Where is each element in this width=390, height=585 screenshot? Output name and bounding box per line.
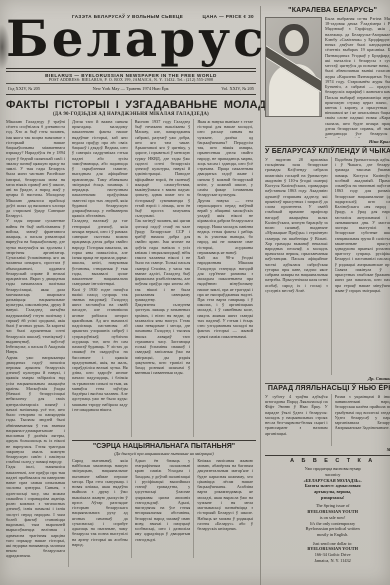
announcement-line: рэпартажы! [265, 495, 390, 501]
serca-column-2: Адказ ён бачыць у геаграфічным палажэньн… [131, 458, 194, 558]
parad-columns: У суботу 4 траўня адбыўся штогадовы Пара… [265, 394, 390, 446]
section-serca: "СЭРЦА НАЦЫЯНАЛЬНАГА ПЫТАНЬНЯ" (Да дыску… [72, 440, 256, 558]
masthead-rule-top [6, 68, 256, 72]
kliuland-byline: Др. Станкевіч [265, 375, 390, 382]
main-article-column-2: Дзеля таго й важна сяньня прыгадаць мала… [72, 119, 131, 437]
left-zone: ГАЗЭТА БЕЛАРУСАЎ У ВОЛЬНЫМ СЬВЕЦЕ ЦАНА —… [6, 6, 256, 585]
newspaper-logo: Беларус [6, 13, 256, 66]
right-zone-divider-2 [265, 383, 390, 384]
masthead-address-line: POST ADDRESS: BIELARUS, P. O. BOX 199, J… [6, 78, 256, 82]
article-text: Дзеля таго й важна сяньня прыгадаць мала… [72, 119, 128, 437]
parad-headline: ПАРАД ЛЯЯЛЬНАСЬЦІ Ў НЬЮ ЁРКУ [265, 385, 390, 392]
section-parad: ПАРАД ЛЯЯЛЬНАСЬЦІ Ў НЬЮ ЁРКУ У суботу 4 … [265, 385, 390, 453]
kliuland-column-1: У нядзелю 28 красавіка гасьцінная заля б… [265, 157, 331, 375]
beauty-queen-photo [265, 17, 322, 117]
serca-column-1: Сярод пытаньняў, якія найбольш хвалююць … [72, 458, 131, 558]
karaleva-body: Была выбраная сп-ня Рэгіна Мядзюк, 18-га… [265, 16, 390, 138]
parad-column-2: Разам з украінцамі й іншымі паняволенымі… [331, 394, 390, 446]
announcement-line: Jamaica, N. Y. 11432 [265, 558, 390, 564]
main-article-columns-2-4: Дзеля таго й важна сяньня прыгадаць мала… [72, 119, 256, 437]
announcement-line: mostly in English. [265, 532, 390, 538]
article-text: Падобная ўрачыстасьць адбылася і ў Чыкаг… [335, 157, 390, 375]
article-text: Мікалаю Галадзеду ў траўні сёлета споўні… [6, 119, 65, 567]
serca-column-3: Кніжка напісаная жывою моваю, абапёртая … [193, 458, 256, 558]
article-text: Якая ж навука вынікае з гэтае гісторыі д… [197, 119, 253, 437]
article-text: У нядзелю 28 красавіка гасьцінная заля б… [265, 157, 328, 375]
article-text: Вясною 1937 году Галадзед быў нечакана в… [135, 119, 191, 437]
kliuland-columns: У нядзелю 28 красавіка гасьцінная заля б… [265, 157, 390, 375]
parad-byline: М. В. [265, 446, 390, 453]
announcement-box: А Б В Е С Т К А Ужо прадаецца вясновы ну… [265, 455, 390, 564]
main-headline: ФАКТЫ ГІСТОРЫІ І УЗГАДАВАНЬНЕ МОЛАДЗІ [6, 99, 256, 111]
main-article-column-3: Вясною 1937 году Галадзед быў нечакана в… [131, 119, 194, 437]
article-text: Была выбраная сп-ня Рэгіна Мядзюк, 18-га… [325, 16, 390, 138]
masthead-topline: ГАЗЭТА БЕЛАРУСАЎ У ВОЛЬНЫМ СЬВЕЦЕ ЦАНА —… [72, 14, 254, 19]
newspaper-front-page: ГАЗЭТА БЕЛАРУСАЎ У ВОЛЬНЫМ СЬВЕЦЕ ЦАНА —… [0, 0, 390, 585]
masthead-rule-bottom [6, 94, 256, 95]
kliuland-headline: У БЕЛАРУСАЎ КЛІЎЛЕНДУ Й ЧЫКАГА [265, 148, 390, 155]
karaleva-headline: "КАРАЛЕВА БЕЛАРУСЬ" [265, 7, 390, 14]
article-text: Разам з украінцамі й іншымі паняволенымі… [335, 394, 390, 446]
photo-face-shape [285, 30, 303, 52]
issue-number-right: Vol. XXIV, № 205 [221, 86, 254, 91]
masthead-motto: ГАЗЭТА БЕЛАРУСАЎ У ВОЛЬНЫМ СЬВЕЦЕ [72, 14, 183, 19]
announcement-lines: Ужо прадаецца вясновы нумар часопісу «БЕ… [265, 466, 390, 564]
masthead: ГАЗЭТА БЕЛАРУСАЎ У ВОЛЬНЫМ СЬВЕЦЕ ЦАНА —… [6, 13, 256, 95]
kliuland-column-2: Падобная ўрачыстасьць адбылася і ў Чыкаг… [331, 157, 390, 375]
article-text: Адказ ён бачыць у геаграфічным палажэньн… [135, 458, 191, 558]
masthead-rule-mid [6, 83, 256, 84]
serca-headline: "СЭРЦА НАЦЫЯНАЛЬНАГА ПЫТАНЬНЯ" [72, 443, 256, 450]
right-zone-divider-1 [265, 146, 390, 147]
masthead-price: ЦАНА — PRICE ¢ 30 [202, 14, 254, 19]
issue-number-left: Год XXIV, № 205 [8, 86, 40, 91]
section-karaleva: "КАРАЛЕВА БЕЛАРУСЬ" Была выбраная сп-ня … [265, 7, 390, 145]
main-article-column-4: Якая ж навука вынікае з гэтае гісторыі д… [193, 119, 256, 437]
main-article-rest: Дзеля таго й важна сяньня прыгадаць мала… [69, 119, 256, 567]
karaleva-byline: Ніна Крылова [265, 138, 390, 145]
right-zone: "КАРАЛЕВА БЕЛАРУСЬ" Была выбраная сп-ня … [260, 6, 390, 585]
announcement-title: А Б В Е С Т К А [265, 458, 390, 464]
parad-column-1: У суботу 4 траўня адбыўся штогадовы Пара… [265, 394, 331, 446]
main-article-columns: Мікалаю Галадзеду ў траўні сёлета споўні… [6, 119, 256, 567]
article-text: У суботу 4 траўня адбыўся штогадовы Пара… [265, 394, 328, 446]
section-kliuland: У БЕЛАРУСАЎ КЛІЎЛЕНДУ Й ЧЫКАГА У нядзелю… [265, 148, 390, 382]
article-text: Кніжка напісаная жывою моваю, абапёртая … [197, 458, 253, 558]
main-subheadline: (ДА 90-ГОДЗЬДЗЯ АД НАРАДЖЭНЬНЯ МІКАЛАЯ Г… [6, 112, 256, 117]
issue-date-center: New York May — Травень 1974 Нью Ёрк [93, 86, 169, 91]
page-zones: ГАЗЭТА БЕЛАРУСАЎ У ВОЛЬНЫМ СЬВЕЦЕ ЦАНА —… [6, 6, 385, 585]
article-text: Сярод пытаньняў, якія найбольш хвалююць … [72, 458, 128, 558]
masthead-dateline: Год XXIV, № 205 New York May — Травень 1… [6, 85, 256, 93]
main-article-column-1: Мікалаю Галадзеду ў траўні сёлета споўні… [6, 119, 69, 567]
serca-subtitle: (Да дыскусіі пра нацыянальнае пытаньне н… [72, 451, 256, 456]
serca-columns: Сярод пытаньняў, якія найбольш хвалююць … [72, 458, 256, 558]
